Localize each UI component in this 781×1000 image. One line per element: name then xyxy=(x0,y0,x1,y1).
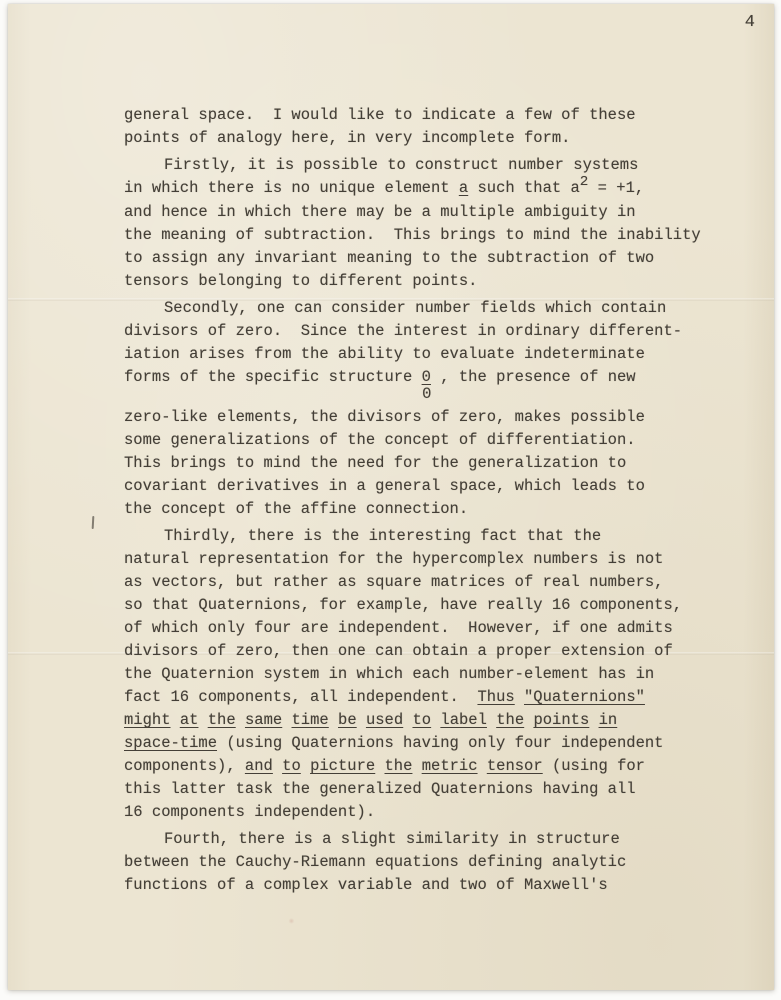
text-line: covariant derivatives in a general space… xyxy=(124,475,734,498)
underlined-text: the xyxy=(496,711,524,729)
text-line: divisors of zero. Since the interest in … xyxy=(124,320,734,343)
text-line: as vectors, but rather as square matrice… xyxy=(124,571,734,594)
text-line: Firstly, it is possible to construct num… xyxy=(124,154,734,177)
text-line: between the Cauchy-Riemann equations def… xyxy=(124,851,734,874)
underlined-text: a xyxy=(459,179,468,197)
text-line: components), and to picture the metric t… xyxy=(124,755,734,778)
underlined-text: at xyxy=(180,711,199,729)
text-line: natural representation for the hypercomp… xyxy=(124,548,734,571)
text-line: Thirdly, there is the interesting fact t… xyxy=(124,525,734,548)
stray-pen-mark xyxy=(92,516,95,529)
text-line: in which there is no unique element a su… xyxy=(124,177,734,201)
text-line: fact 16 components, all independent. Thu… xyxy=(124,686,734,709)
paragraph: Thirdly, there is the interesting fact t… xyxy=(124,525,734,824)
text-line: tensors belonging to different points. xyxy=(124,270,734,293)
paragraph: Firstly, it is possible to construct num… xyxy=(124,154,734,293)
text-line: and hence in which there may be a multip… xyxy=(124,201,734,224)
text-line: to assign any invariant meaning to the s… xyxy=(124,247,734,270)
text-line: iation arises from the ability to evalua… xyxy=(124,343,734,366)
underlined-text: to xyxy=(282,757,301,775)
text-line: space-time (using Quaternions having onl… xyxy=(124,732,734,755)
underlined-text: be xyxy=(338,711,357,729)
text-line: Secondly, one can consider number fields… xyxy=(124,297,734,320)
underlined-text: space-time xyxy=(124,734,217,752)
underlined-text: the xyxy=(208,711,236,729)
text-line: Fourth, there is a slight similarity in … xyxy=(124,828,734,851)
text-line: points of analogy here, in very incomple… xyxy=(124,127,734,150)
page-number: 4 xyxy=(745,13,755,32)
underlined-text: Thus xyxy=(477,688,514,706)
text-line: so that Quaternions, for example, have r… xyxy=(124,594,734,617)
paragraph: general space. I would like to indicate … xyxy=(124,104,734,150)
underlined-text: might xyxy=(124,711,171,729)
text-line: 16 components independent). xyxy=(124,801,734,824)
underlined-text: metric xyxy=(422,757,478,775)
text-line: divisors of zero, then one can obtain a … xyxy=(124,640,734,663)
underlined-text: "Quaternions" xyxy=(524,688,645,706)
text-line: general space. I would like to indicate … xyxy=(124,104,734,127)
underlined-text: picture xyxy=(310,757,375,775)
text-line: this latter task the generalized Quatern… xyxy=(124,778,734,801)
scanned-document: 4 general space. I would like to indicat… xyxy=(0,0,781,1000)
underlined-text: the xyxy=(385,757,413,775)
underlined-text: used xyxy=(366,711,403,729)
text-line: might at the same time be used to label … xyxy=(124,709,734,732)
paragraph: Secondly, one can consider number fields… xyxy=(124,297,734,521)
text-line: of which only four are independent. Howe… xyxy=(124,617,734,640)
text-line: the Quaternion system in which each numb… xyxy=(124,663,734,686)
underlined-text: and xyxy=(245,757,273,775)
underlined-text: points xyxy=(533,711,589,729)
underlined-text: tensor xyxy=(487,757,543,775)
typed-fraction: 00 xyxy=(422,366,431,389)
underlined-text: time xyxy=(292,711,329,729)
document-page: 4 general space. I would like to indicat… xyxy=(8,4,774,990)
text-line: This brings to mind the need for the gen… xyxy=(124,452,734,475)
document-body: general space. I would like to indicate … xyxy=(124,104,734,897)
underlined-text: in xyxy=(599,711,618,729)
text-line: forms of the specific structure 00 , the… xyxy=(124,366,734,389)
underlined-text: to xyxy=(412,711,431,729)
text-line: functions of a complex variable and two … xyxy=(124,874,734,897)
text-line: some generalizations of the concept of d… xyxy=(124,429,734,452)
paragraph: Fourth, there is a slight similarity in … xyxy=(124,828,734,897)
superscript-text: 2 xyxy=(580,174,589,190)
fraction-denominator: 0 xyxy=(422,383,431,406)
text-line: the concept of the affine connection. xyxy=(124,498,734,521)
text-line: zero-like elements, the divisors of zero… xyxy=(124,406,734,429)
underlined-text: same xyxy=(245,711,282,729)
underlined-text: label xyxy=(440,711,487,729)
text-line: the meaning of subtraction. This brings … xyxy=(124,224,734,247)
